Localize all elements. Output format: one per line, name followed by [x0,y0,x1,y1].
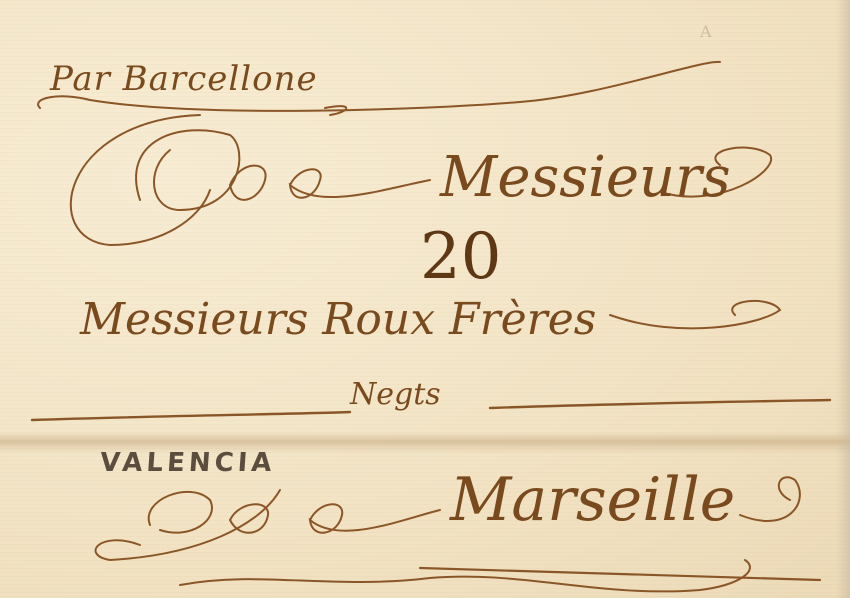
salutation-heading: Messieurs [440,150,731,206]
destination-city: Marseille [450,470,735,530]
docket-mark: A [700,22,712,41]
addressee-title: Negts [350,380,441,410]
routing-note: Par Barcellone [50,62,318,96]
postmark-stamp: VALENCIA [99,448,277,478]
letter-cover: Par Barcellone Messieurs 20 Messieurs Ro… [0,0,850,598]
addressee-name: Messieurs Roux Frères [80,298,596,342]
postage-charge: 20 [420,225,501,289]
